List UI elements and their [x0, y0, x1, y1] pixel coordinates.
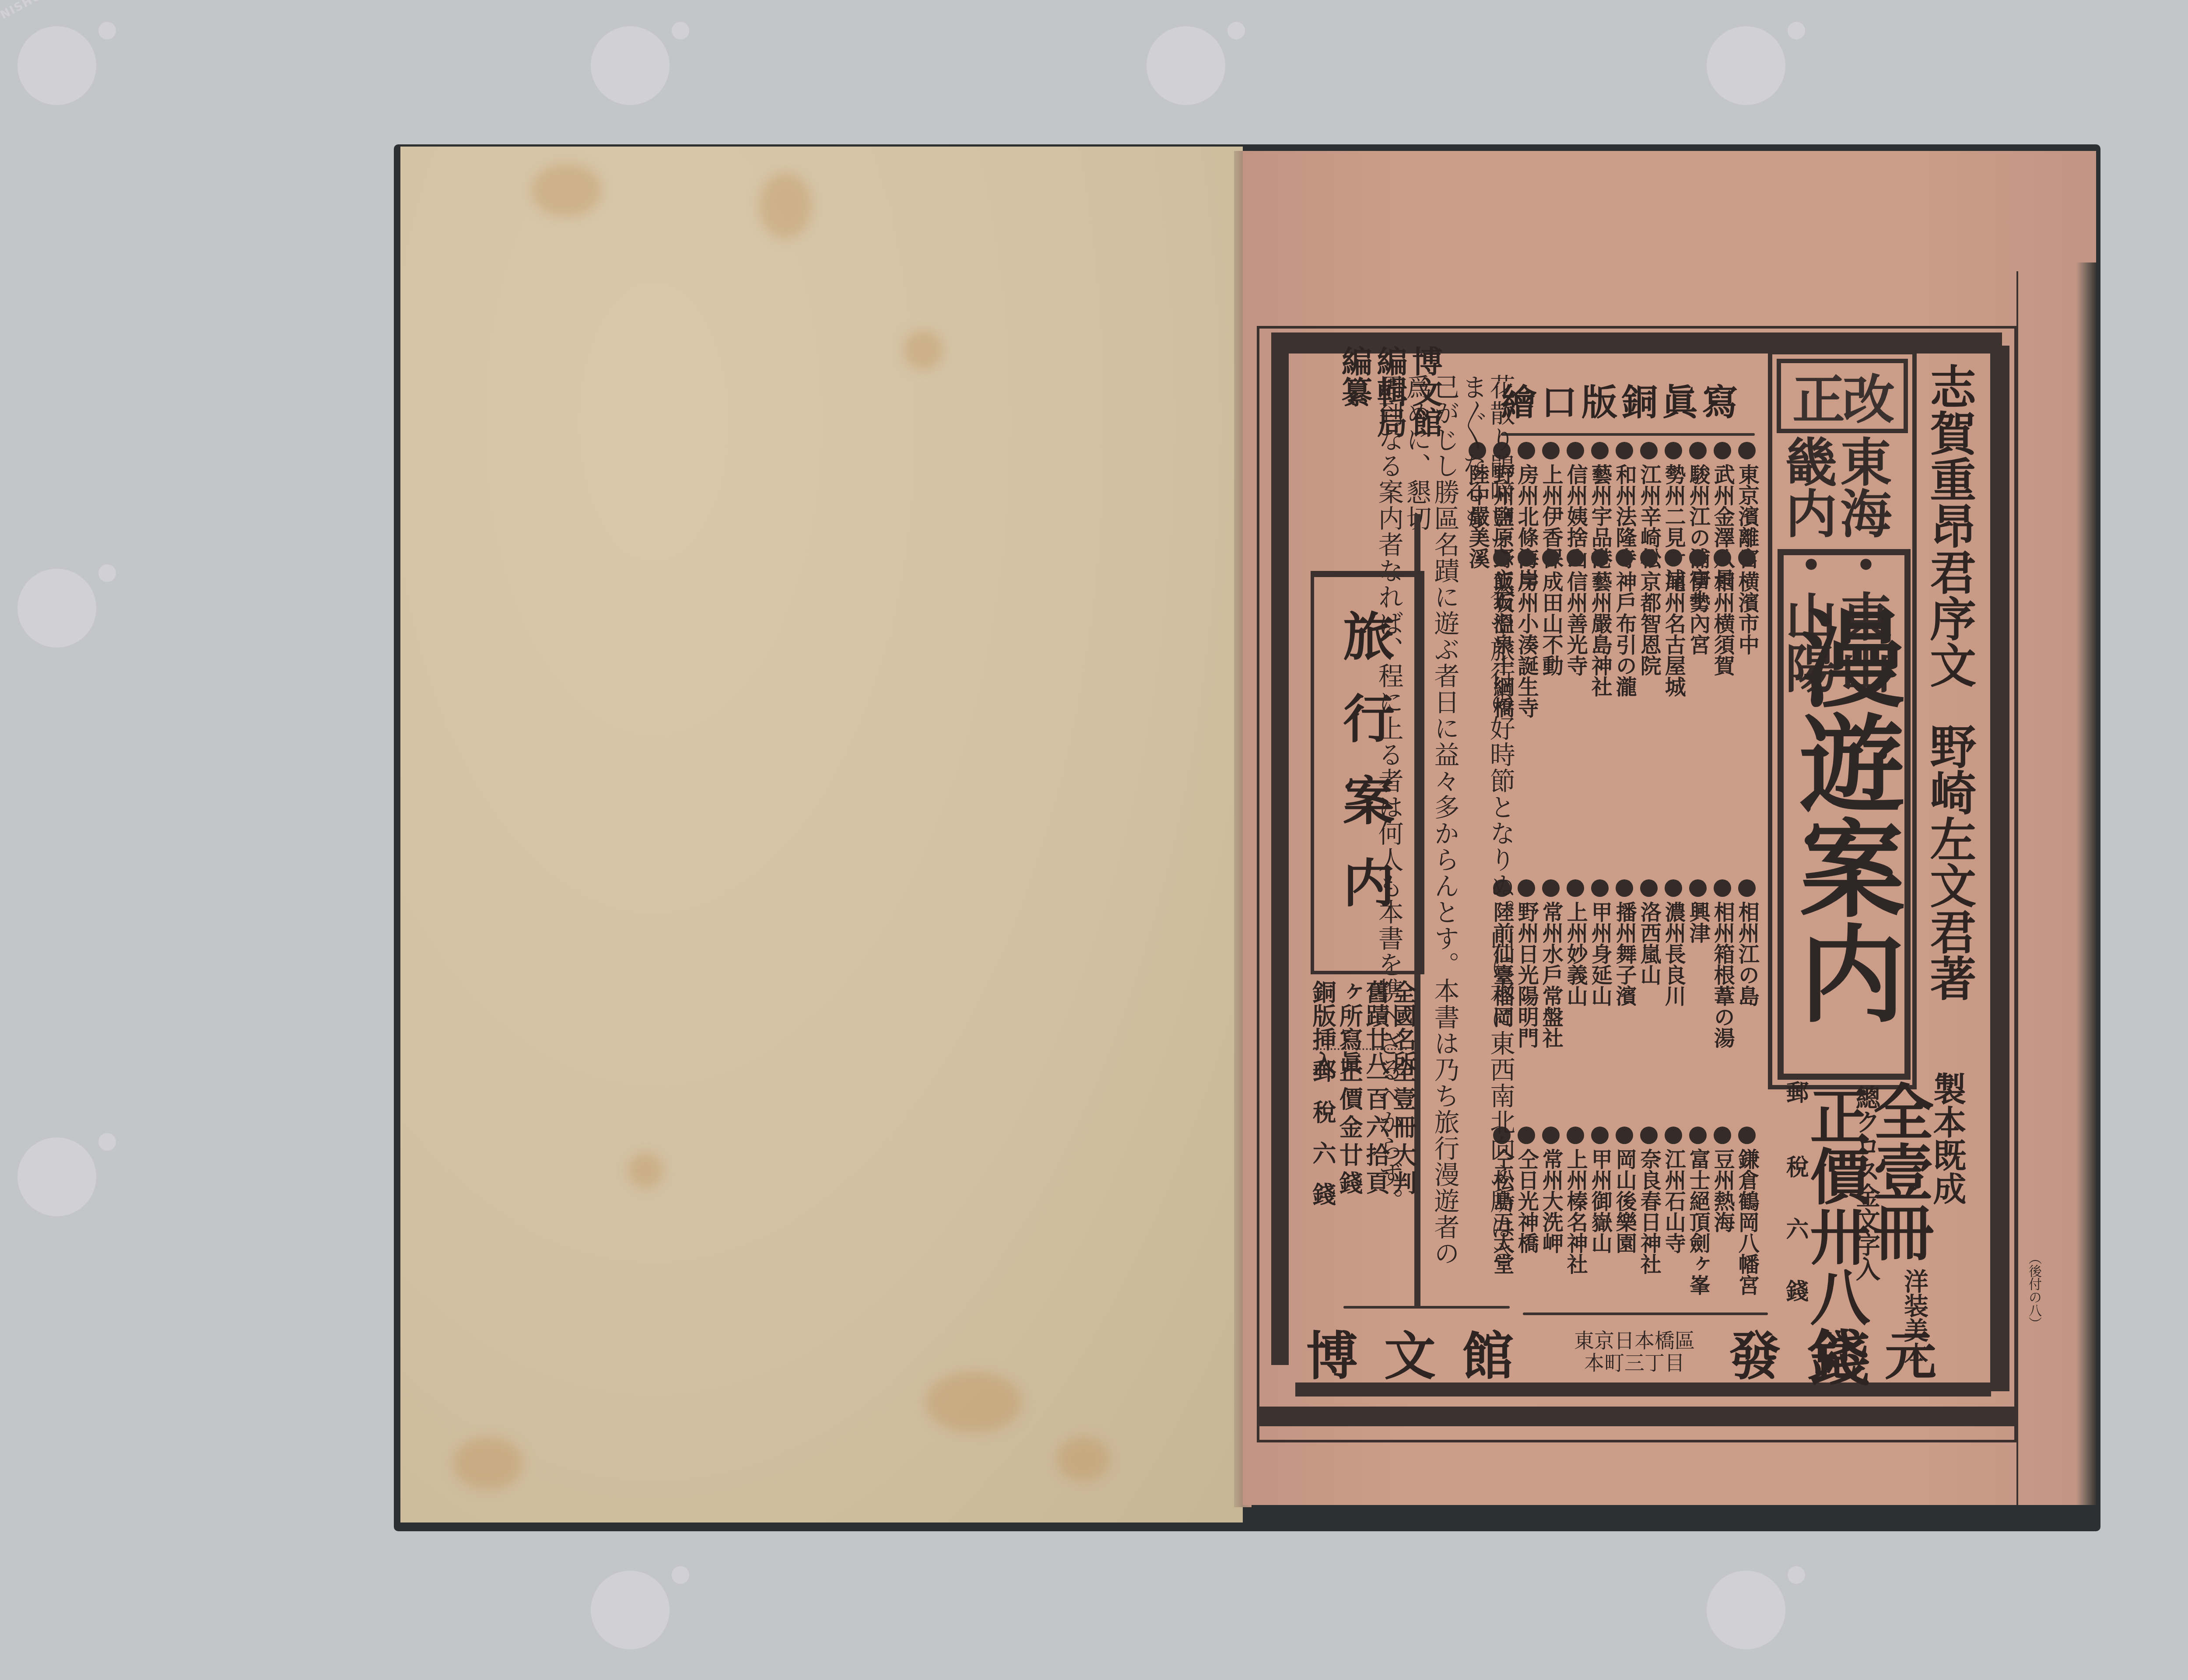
travel-guide-price: 正價金廿錢	[1337, 1059, 1361, 1286]
watermark-logo: NISHOGAKUSHA	[9, 9, 109, 109]
place-name: 洛西嵐山	[1638, 901, 1660, 985]
list-item: 洛西嵐山	[1637, 879, 1661, 1048]
bullet-icon	[1714, 879, 1731, 897]
place-name: 江州石山寺	[1662, 1148, 1684, 1253]
travel-guide-pages: 二百六拾頁	[1364, 1059, 1388, 1286]
bullet-icon	[1616, 442, 1633, 459]
place-name: 尾州名古屋城	[1662, 571, 1684, 697]
bullet-icon	[1738, 1127, 1756, 1144]
list-item: 藝州嚴島神社	[1588, 549, 1612, 718]
editor-line-3: 編纂	[1337, 346, 1373, 407]
bullet-icon	[1518, 1127, 1535, 1144]
bullet-icon	[1665, 442, 1682, 459]
travel-guide-title: 旅行案内	[1327, 609, 1402, 938]
bullet-icon	[1689, 1127, 1707, 1144]
list-item: 播州舞子濱	[1612, 879, 1637, 1048]
place-name: 成田山不動	[1540, 571, 1562, 676]
place-name: 京都智恩院	[1638, 571, 1660, 676]
flourish-divider	[1501, 433, 1755, 436]
list-item: 野州日光陽明門	[1514, 879, 1539, 1048]
list-item: 濃州長良川	[1661, 879, 1686, 1048]
bullet-icon	[1616, 879, 1633, 897]
list-item: 甲州御嶽山	[1588, 1127, 1612, 1295]
list-item: 仝日光神橋	[1514, 1127, 1539, 1295]
place-name: 豆州熱海	[1711, 1148, 1733, 1232]
frame-bar-bottom	[1257, 1407, 2016, 1426]
bullet-icon	[1689, 879, 1707, 897]
postage-value: 稅六錢	[1779, 1155, 1812, 1341]
editor-credit: 博文館 編輯局 編纂	[1337, 346, 1443, 486]
editor-line-1: 博文館	[1407, 346, 1444, 437]
place-name: 藝州嚴島神社	[1589, 571, 1611, 697]
bullet-icon	[1714, 549, 1731, 567]
watermark-logo	[582, 1553, 683, 1654]
bullet-icon	[1542, 549, 1560, 567]
place-name: 横濱市中	[1736, 571, 1758, 655]
list-item: 相州江の島	[1735, 879, 1759, 1048]
bullet-icon	[1738, 879, 1756, 897]
place-name: 鎌倉鶴岡八幡宮	[1736, 1148, 1758, 1295]
postage-label: 郵	[1779, 1081, 1812, 1103]
list-item: 横濱市中	[1735, 549, 1759, 718]
bullet-icon	[1714, 442, 1731, 459]
watermark-logo	[9, 1120, 109, 1221]
bullet-icon	[1665, 1127, 1682, 1144]
photo-list-heading: 寫眞銅版口繪	[1501, 374, 1743, 425]
watermark-logo	[1698, 9, 1799, 109]
bullet-icon	[1591, 442, 1609, 459]
list-item: 富士絕頂劍ヶ峯	[1686, 1127, 1710, 1295]
page-number: （後付の八）	[2024, 1251, 2043, 1330]
frame-bar-right	[1990, 346, 2009, 1391]
bullet-icon	[1591, 879, 1609, 897]
list-item: 京都智恩院	[1637, 549, 1661, 718]
flourish-divider	[1343, 1306, 1510, 1309]
travel-guide-spec: 全壹冊大判	[1391, 1059, 1415, 1286]
travel-guide-postage: 郵稅六錢	[1311, 1059, 1335, 1286]
bullet-icon	[1689, 549, 1707, 567]
travel-guide-title-box: 旅行案内	[1311, 571, 1424, 974]
list-item: 信州善光寺	[1563, 549, 1588, 718]
list-item: 興津	[1686, 879, 1710, 1048]
bullet-icon	[1542, 879, 1560, 897]
bullet-icon	[1738, 549, 1756, 567]
address-line-1: 東京日本橋區	[1574, 1330, 1695, 1352]
frame-bar-left	[1271, 350, 1289, 1365]
place-name: 常州大洗岬	[1540, 1148, 1562, 1253]
place-name: 甲州御嶽山	[1589, 1148, 1611, 1253]
bullet-icon	[1567, 1127, 1584, 1144]
list-item: 豆州熱海	[1710, 1127, 1735, 1295]
bullet-icon	[1689, 442, 1707, 459]
bullet-icon	[1542, 1127, 1560, 1144]
place-name: 相州箱根葦の湯	[1711, 901, 1733, 1048]
bullet-icon	[1665, 549, 1682, 567]
list-item: 神戶布引の瀧	[1612, 549, 1637, 718]
list-item: 上州妙義山	[1563, 879, 1588, 1048]
list-item: 奈良春日神社	[1637, 1127, 1661, 1295]
place-name: 富士絕頂劍ヶ峯	[1687, 1148, 1709, 1295]
place-name: 岡山後樂園	[1613, 1148, 1635, 1253]
list-item: 江州石山寺	[1661, 1127, 1686, 1295]
watermark-logo	[9, 551, 109, 652]
bullet-icon	[1616, 1127, 1633, 1144]
intro-paragraph: 花散り鵑啼いて、今や旅行の好時節となりぬ。山に水に東西南北向ふ所はさま〴〵なるも…	[1427, 374, 1514, 1284]
editor-line-2: 編輯局	[1372, 346, 1408, 437]
place-name: 常州水戶常盤社	[1540, 901, 1562, 1048]
list-item: 相州横須賀	[1710, 549, 1735, 718]
preface-author-line: 志賀重昂君序文野崎左文君著	[1925, 363, 1974, 1063]
place-name: 相州横須賀	[1711, 571, 1733, 676]
publisher-name: 博文館	[1306, 1315, 1540, 1389]
margin-rule	[2016, 271, 2018, 1505]
list-item: 上州榛名神社	[1563, 1127, 1588, 1295]
place-name: 相州江の島	[1736, 901, 1758, 1006]
bullet-icon	[1616, 549, 1633, 567]
bullet-icon	[1591, 1127, 1609, 1144]
list-item: 伊勢內宮	[1686, 549, 1710, 718]
list-item: 常州水戶常盤社	[1539, 879, 1563, 1048]
place-name: 播州舞子濱	[1613, 901, 1635, 1006]
watermark-logo	[582, 9, 683, 109]
intro-line-1: 花散り鵑啼いて、今や旅行の好時節となりぬ。山に水に東西南北向ふ所はさま〴〵なるも…	[1458, 374, 1515, 1267]
publisher-label: 發兌元	[1729, 1315, 1963, 1389]
photo-list-row-3: 相州江の島 相州箱根葦の湯 興津 濃州長良川 洛西嵐山 播州舞子濱 甲州身延山 …	[1523, 879, 1759, 1048]
list-item: 甲州身延山	[1588, 879, 1612, 1048]
bullet-icon	[1518, 549, 1535, 567]
place-name: 房州小湊誕生寺	[1515, 571, 1537, 718]
place-name: 神戶布引の瀧	[1613, 571, 1635, 697]
travel-guide-price-block: 全壹冊大判 二百六拾頁 正價金廿錢 郵稅六錢	[1311, 1059, 1415, 1286]
publisher-row: 發兌元 東京日本橋區 本町三丁目 博文館	[1306, 1323, 1963, 1380]
bullet-icon	[1591, 549, 1609, 567]
left-page-blank	[400, 147, 1243, 1522]
list-item: 鎌倉鶴岡八幡宮	[1735, 1127, 1759, 1295]
bullet-icon	[1518, 442, 1535, 459]
watermark-logo	[1698, 1553, 1799, 1654]
bullet-icon	[1640, 442, 1658, 459]
bullet-icon	[1567, 879, 1584, 897]
revised-badge-text: 改正	[1792, 358, 1892, 434]
place-name: 興津	[1687, 901, 1709, 943]
address-line-2: 本町三丁目	[1574, 1352, 1695, 1374]
list-item: 房州小湊誕生寺	[1514, 549, 1539, 718]
preface-credit: 志賀重昂君序文	[1922, 363, 1977, 688]
list-item: 常州大洗岬	[1539, 1127, 1563, 1295]
list-item: 尾州名古屋城	[1661, 549, 1686, 718]
place-name: 伊勢內宮	[1687, 571, 1709, 655]
page-edge	[2076, 262, 2096, 1505]
place-name: 信州善光寺	[1564, 571, 1586, 676]
bullet-icon	[1640, 1127, 1658, 1144]
list-item: 相州箱根葦の湯	[1710, 879, 1735, 1048]
bullet-icon	[1542, 442, 1560, 459]
photo-list-row-4: 鎌倉鶴岡八幡宮 豆州熱海 富士絕頂劍ヶ峯 江州石山寺 奈良春日神社 岡山後樂園 …	[1523, 1127, 1759, 1295]
bullet-icon	[1567, 549, 1584, 567]
place-name: 奈良春日神社	[1638, 1148, 1660, 1274]
bullet-icon	[1640, 549, 1658, 567]
bullet-icon	[1665, 879, 1682, 897]
place-name: 上州妙義山	[1564, 901, 1586, 1006]
publisher-address: 東京日本橋區 本町三丁目	[1574, 1330, 1695, 1374]
revised-badge: 改正	[1777, 359, 1908, 433]
wavy-divider	[1313, 1046, 1407, 1050]
watermark-logo	[1138, 9, 1238, 109]
place-name: 甲州身延山	[1589, 901, 1611, 1006]
main-title: 漫遊案内	[1778, 549, 1911, 1080]
list-item: 成田山不動	[1539, 549, 1563, 718]
place-name: 上州榛名神社	[1564, 1148, 1586, 1274]
place-name: 仝日光神橋	[1515, 1148, 1537, 1253]
bullet-icon	[1567, 442, 1584, 459]
place-name: 野州日光陽明門	[1515, 901, 1537, 1048]
list-item: 岡山後樂園	[1612, 1127, 1637, 1295]
bullet-icon	[1714, 1127, 1731, 1144]
photo-list-heading-text: 寫眞銅版口繪	[1501, 381, 1743, 423]
bullet-icon	[1518, 879, 1535, 897]
author-credit: 野崎左文君著	[1922, 723, 1977, 1001]
place-name: 濃州長良川	[1662, 901, 1684, 1006]
bullet-icon	[1640, 879, 1658, 897]
bullet-icon	[1738, 442, 1756, 459]
main-title-text: 漫遊案内	[1769, 605, 1920, 1025]
photo-list-row-2: 横濱市中 相州横須賀 伊勢內宮 尾州名古屋城 京都智恩院 神戶布引の瀧 藝州嚴島…	[1523, 549, 1759, 718]
